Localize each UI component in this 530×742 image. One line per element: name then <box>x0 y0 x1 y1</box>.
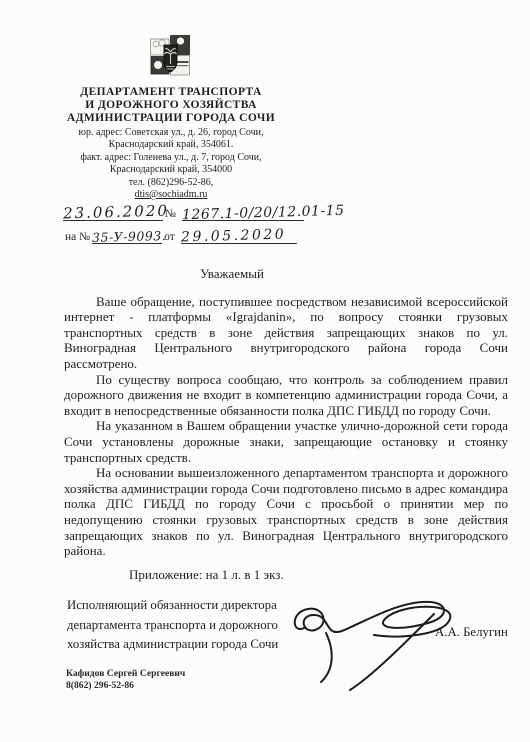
paragraph-3: На указанном в Вашем обращении участке у… <box>64 418 508 465</box>
outgoing-reference-line: 23.06.2020 № 1267.1-0/20/12.01-15 <box>63 198 423 221</box>
document-page: ДЕПАРТАМЕНТ ТРАНСПОРТА И ДОРОЖНОГО ХОЗЯЙ… <box>0 0 530 742</box>
outgoing-date-handwritten: 23.06.2020 <box>63 202 169 223</box>
handwritten-signature-icon <box>288 592 478 696</box>
org-name-line1: ДЕПАРТАМЕНТ ТРАНСПОРТА <box>28 86 314 99</box>
actual-address-line2: Краснодарский край, 354000 <box>28 164 314 176</box>
executor-name: Кафидов Сергей Сергеевич <box>66 668 185 680</box>
org-address: юр. адрес: Советская ул., д. 26, город С… <box>28 127 314 201</box>
org-name: ДЕПАРТАМЕНТ ТРАНСПОРТА И ДОРОЖНОГО ХОЗЯЙ… <box>28 86 314 125</box>
legal-address-line1: юр. адрес: Советская ул., д. 26, город С… <box>28 127 314 139</box>
executor-phone: 8(862) 296-52-86 <box>66 680 185 692</box>
outgoing-number-field: 1267.1-0/20/12.01-15 <box>182 204 304 221</box>
reply-prefix-label: на № <box>63 231 92 244</box>
reply-date-handwritten: 29.05.2020 <box>181 227 287 246</box>
org-name-line2: И ДОРОЖНОГО ХОЗЯЙСТВА <box>28 99 314 112</box>
org-phone: тел. (862)296-52-86, <box>28 177 314 189</box>
reference-block: 23.06.2020 № 1267.1-0/20/12.01-15 на № 3… <box>63 198 423 244</box>
paragraph-1: Ваше обращение, поступившее посредством … <box>64 294 508 372</box>
reply-reference-line: на № 35-У-9093. от 29.05.2020 <box>63 222 423 244</box>
salutation: Уважаемый <box>200 266 508 282</box>
reply-number-handwritten: 35-У-9093. <box>92 228 167 245</box>
outgoing-number-handwritten: 1267.1-0/20/12.01-15 <box>182 203 345 224</box>
attachment-line: Приложение: на 1 л. в 1 экз. <box>129 567 508 583</box>
letter-body: Уважаемый Ваше обращение, поступившее по… <box>64 266 508 582</box>
actual-address-line1: факт. адрес: Голенева ул., д. 7, город С… <box>28 152 314 164</box>
reply-date-field: 29.05.2020 <box>181 227 297 244</box>
paragraph-4: На основании вышеизложенного департамент… <box>64 465 508 559</box>
executor-block: Кафидов Сергей Сергеевич 8(862) 296-52-8… <box>66 668 185 692</box>
reply-number-field: 35-У-9093. <box>92 228 162 244</box>
legal-address-line2: Краснодарский край, 354061. <box>28 139 314 151</box>
paragraph-2: По существу вопроса сообщаю, что контрол… <box>64 372 508 419</box>
letterhead: ДЕПАРТАМЕНТ ТРАНСПОРТА И ДОРОЖНОГО ХОЗЯЙ… <box>28 34 314 201</box>
signer-name: А.А. Белугин <box>435 625 508 640</box>
sochi-coat-of-arms-icon <box>149 34 193 82</box>
org-name-line3: АДМИНИСТРАЦИИ ГОРОДА СОЧИ <box>28 112 314 125</box>
outgoing-date-field: 23.06.2020 <box>63 202 163 221</box>
